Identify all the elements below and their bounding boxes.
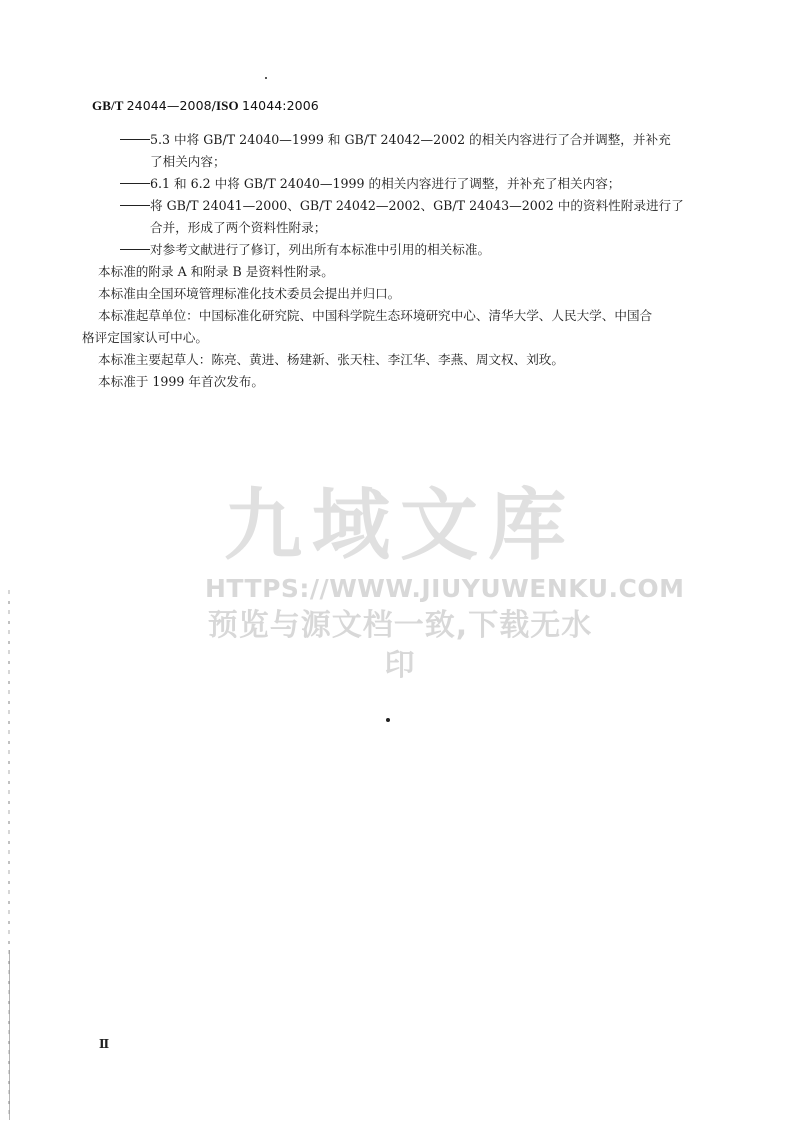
scan-speck [265,77,267,79]
standard-code-prefix: GB/T [92,98,123,113]
watermark: 九域文库 HTTPS://WWW.JIUYUWENKU.COM 预览与源文档一致… [205,480,595,686]
standard-code-number: 24044—2008/ [127,98,216,113]
page-number: Ⅱ [99,1037,109,1051]
change-text: 5.3 中将 GB/T 24040—1999 和 GB/T 24042—2002… [150,132,671,147]
change-item-continuation: 了相关内容； [82,151,722,173]
standard-code-iso-number: 14044:2006 [242,98,319,113]
watermark-subtitle: 预览与源文档一致,下载无水印 [205,606,595,686]
change-item: 5.3 中将 GB/T 24040—1999 和 GB/T 24042—2002… [82,129,722,151]
change-item-continuation: 合并，形成了两个资料性附录； [82,217,722,239]
change-text: 对参考文献进行了修订，列出所有本标准中引用的相关标准。 [150,242,490,257]
change-text: 了相关内容； [150,154,226,169]
em-dash [120,205,150,206]
change-text: 合并，形成了两个资料性附录； [150,220,326,235]
scan-edge-artifact [9,950,10,1120]
standard-code-iso: ISO [216,98,239,113]
change-item: 6.1 和 6.2 中将 GB/T 24040—1999 的相关内容进行了调整，… [82,173,722,195]
watermark-title: 九域文库 [205,480,595,572]
em-dash [120,139,150,140]
drafting-units-continuation: 格评定国家认可中心。 [82,327,722,349]
change-item: 将 GB/T 24041—2000、GB/T 24042—2002、GB/T 2… [82,195,722,217]
em-dash [120,183,150,184]
standard-code-header: GB/T 24044—2008/ISO 14044:2006 [92,98,319,114]
drafters-paragraph: 本标准主要起草人：陈亮、黄进、杨建新、张天柱、李江华、李燕、周文权、刘玫。 [82,349,722,371]
first-published-paragraph: 本标准于 1999 年首次发布。 [82,371,722,393]
change-item: 对参考文献进行了修订，列出所有本标准中引用的相关标准。 [82,239,722,261]
change-text: 6.1 和 6.2 中将 GB/T 24040—1999 的相关内容进行了调整，… [150,176,620,191]
annex-paragraph: 本标准的附录 A 和附录 B 是资料性附录。 [82,261,722,283]
body-text: 5.3 中将 GB/T 24040—1999 和 GB/T 24042—2002… [82,129,722,393]
em-dash [120,249,150,250]
change-text: 将 GB/T 24041—2000、GB/T 24042—2002、GB/T 2… [150,198,684,213]
document-page: GB/T 24044—2008/ISO 14044:2006 5.3 中将 GB… [0,0,792,1122]
proposed-by-paragraph: 本标准由全国环境管理标准化技术委员会提出并归口。 [82,283,722,305]
scan-speck [386,718,390,722]
watermark-url: HTTPS://WWW.JIUYUWENKU.COM [205,572,595,606]
drafting-units-paragraph: 本标准起草单位：中国标准化研究院、中国科学院生态环境研究中心、清华大学、人民大学… [82,305,722,327]
